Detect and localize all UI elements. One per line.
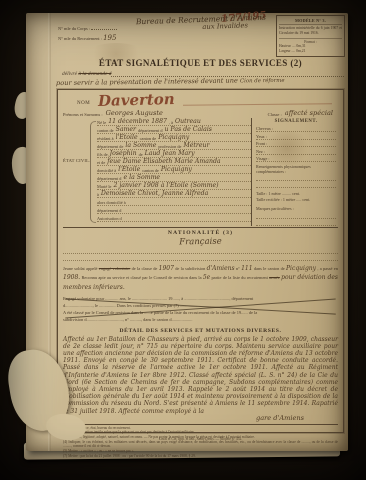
handwritten-list-part: 5e [203, 274, 210, 281]
name-row: NOM Daverton [77, 93, 338, 108]
delivre-struck-text: à la demande d [78, 71, 111, 77]
field-label: alors domicilié à [97, 201, 126, 205]
field-label: de [139, 153, 143, 157]
modele-title: MODÈLE N° 3. [279, 18, 342, 25]
field-label: département d [97, 177, 121, 181]
class-group: Classe : affecté spécial [268, 109, 336, 117]
handwritten-canton: Picquigny [286, 265, 316, 272]
modele-box: MODÈLE N° 3. Instruction ministérielle d… [276, 15, 345, 57]
etat-civil-brace [90, 121, 96, 223]
blank-line [256, 181, 336, 188]
footnote: (4) Indiquer, le cas échéant, si les mil… [63, 440, 338, 449]
printed-text: Jeune soldat appelé [63, 266, 98, 271]
services-paragraph: Affecté au 1er Bataillon de Chasseurs à … [63, 336, 338, 415]
field-value: Métreur [183, 143, 209, 149]
name-label: NOM [77, 101, 90, 108]
field-label: , à [169, 121, 173, 125]
handwritten-class-year: 1907 [159, 265, 174, 272]
field-label: canton de [97, 129, 114, 133]
recruitment-number-value: 195 [103, 34, 116, 42]
field-value: Joséphin [110, 151, 137, 157]
signalement-title: SIGNALEMENT. [256, 119, 336, 124]
printed-text: partie de la liste du recrutement [211, 275, 267, 280]
footnotes-block: (1) Corps, service, état, bureau du recr… [63, 424, 338, 459]
field-label: résidant à [97, 137, 114, 141]
handwritten-number: 111 [241, 265, 252, 272]
printer-imprint: Laval et Cie, Imp. et lith., Saint-Denis… [57, 437, 344, 441]
field-value: l'Étoile [116, 135, 138, 141]
field-label: Né le [97, 121, 106, 125]
delivre-handwritten-tail: Cion de réforme [240, 78, 285, 85]
modele-largeur: Largeur .... 0m,21 [279, 49, 342, 54]
recruitment-bureau-handwriting: Bureau de Recrutement d'Amiens aux Inval… [126, 12, 276, 33]
handwritten-subdivision: d'Amiens [207, 265, 235, 272]
struck-text: armée [269, 275, 280, 280]
etat-civil-label: ÉTAT CIVIL. [63, 158, 91, 163]
main-form-box: NOM Daverton Prénoms et Surnoms : George… [57, 89, 344, 433]
field-value: u Pas de Calais [164, 127, 212, 133]
civil-field-row: département de la Somme [97, 174, 251, 182]
field-value: Samer [116, 127, 136, 133]
firstnames-label: Prénoms et Surnoms : [63, 112, 103, 117]
field-value: la Somme [125, 143, 156, 149]
conscription-paragraph: Jeune soldat appelé engagé volontaire de… [63, 264, 338, 293]
civil-field-row: Marié le2 janvier 1908 à l'Étoile (Somme… [97, 182, 251, 190]
field-value: 2 janvier 1908 à l'Étoile (Somme) [113, 183, 218, 189]
signalement-label: Cheveux : [256, 126, 273, 131]
civil-field-row: domicilié àl'Étoilecanton dePicquigny [97, 166, 251, 174]
printed-text: , a passé en [317, 266, 338, 271]
signalement-label: Nez : [256, 149, 265, 154]
field-label: canton de [142, 169, 159, 173]
signalement-row: Front : [256, 140, 336, 147]
field-value: feue Dame Élisabeth Marie Amanda [107, 159, 220, 165]
signalement-row: Yeux : [256, 132, 336, 139]
underline-flourish [183, 103, 332, 106]
footnote: (7) Mettre : par la loi du 21 juillet 19… [63, 454, 338, 459]
printed-text: Reconnu apte au service et classé par le… [81, 275, 201, 280]
signalement-row: Nez : [256, 147, 336, 154]
field-label: département d [97, 209, 121, 213]
printed-text: n° [236, 266, 240, 271]
printed-blank-line: subdivision d...........................… [63, 316, 338, 323]
field-label: à [97, 193, 99, 197]
field-value: Laud Jean Mary [145, 151, 195, 157]
volunteer-enlistment-section: Engagé volontaire pour ............ ans,… [63, 295, 338, 324]
corps-number-label: N° mle du Corps : [58, 26, 90, 31]
blank-line [91, 25, 117, 30]
field-label: département de [97, 145, 123, 149]
signalement-label: Front : [256, 141, 267, 146]
signalement-row: Cheveux : [256, 125, 336, 132]
printed-text: de la classe de [132, 266, 158, 271]
blank-line [256, 219, 336, 226]
printed-text: de la subdivision [175, 266, 205, 271]
civil-fields: ÉTAT CIVIL. Né le11 décembre 1887, àOutr… [63, 118, 251, 226]
delivre-handwritten-main: pour servir à la présentation de l'intér… [56, 76, 238, 87]
blank-line [256, 175, 336, 182]
field-label: profession de [158, 145, 181, 149]
blank-line [256, 213, 336, 220]
modele-note: Instruction ministérielle du 6 juin 1907… [279, 26, 342, 36]
printed-text: dans le canton de [254, 266, 285, 271]
field-label: canton de [140, 137, 157, 141]
handwritten-year: 1908. [63, 274, 80, 281]
delivre-label: délivré [62, 71, 77, 77]
signalement-label: Yeux : [256, 134, 267, 139]
civil-field-row: et defeue Dame Élisabeth Marie Amanda [97, 158, 251, 166]
taille-rectifiee-line: Taille rectifiée : 1 mètre ..... cent. [256, 197, 336, 203]
field-label: Autorisation d [97, 217, 122, 221]
civil-field-row: alors domicilié à [97, 198, 251, 206]
civil-field-row: département dela Sommeprofession deMétre… [97, 142, 251, 150]
civil-field-row: résidant àl'Étoilecanton dePicquigny [97, 134, 251, 142]
blank-line [63, 254, 338, 261]
field-value: l'Étoile [118, 167, 140, 173]
civil-field-row: Né le11 décembre 1887, àOutreau [97, 118, 251, 126]
field-label: et de [97, 161, 105, 165]
civil-field-row: fils deJoséphindeLaud Jean Mary [97, 150, 251, 158]
name-value: Daverton [98, 92, 175, 109]
signalement-column: SIGNALEMENT. Cheveux : Yeux : Front : Ne… [251, 118, 338, 226]
document-title: ÉTAT SIGNALÉTIQUE ET DES SERVICES (2) [57, 58, 344, 68]
field-value: Picquigny [161, 167, 192, 173]
recruitment-number-label: N° mle du Recrutement : [58, 36, 102, 41]
field-label: fils de [97, 153, 108, 157]
field-value: e la Somme [123, 175, 160, 181]
civil-columns: ÉTAT CIVIL. Né le11 décembre 1887, àOutr… [63, 118, 338, 226]
civil-field-row: àDemoiselle Chivot, Jeanne Alfreda [97, 190, 251, 198]
civil-field-row: département d [97, 206, 251, 214]
field-label: domicilié à [97, 169, 116, 173]
civil-field-row: canton deSamerdépartement du Pas de Cala… [97, 126, 251, 134]
services-heading: DÉTAIL DES SERVICES ET MUTATIONS DIVERSE… [63, 328, 338, 334]
signalement-label: Visage : [256, 156, 270, 161]
class-value: affecté spécial [285, 109, 333, 117]
modele-format-label: Format : [279, 38, 342, 45]
class-label: Classe : [268, 112, 282, 117]
struck-text: engagé volontaire [99, 266, 131, 271]
field-label: Marié le [97, 185, 111, 189]
document-paper: 177/195 N° mle du Corps : N° mle du Recr… [26, 13, 348, 451]
field-value: Demoiselle Chivot, Jeanne Alfreda [101, 191, 208, 197]
civil-field-row: Autorisation d [97, 214, 251, 222]
services-last-line: gare d'Amiens [63, 414, 338, 422]
field-label: département d [138, 129, 162, 133]
nationality-section: NATIONALITÉ (3) Française [63, 227, 338, 261]
signalement-complementaires: Renseignements physionomiques complément… [256, 164, 336, 175]
field-value: Picquigny [158, 135, 189, 141]
field-value: Outreau [175, 119, 201, 125]
field-value: 11 décembre 1887 [108, 119, 167, 125]
firstnames-value: Georges Auguste [106, 109, 163, 117]
signalement-row: Visage : [256, 155, 336, 162]
